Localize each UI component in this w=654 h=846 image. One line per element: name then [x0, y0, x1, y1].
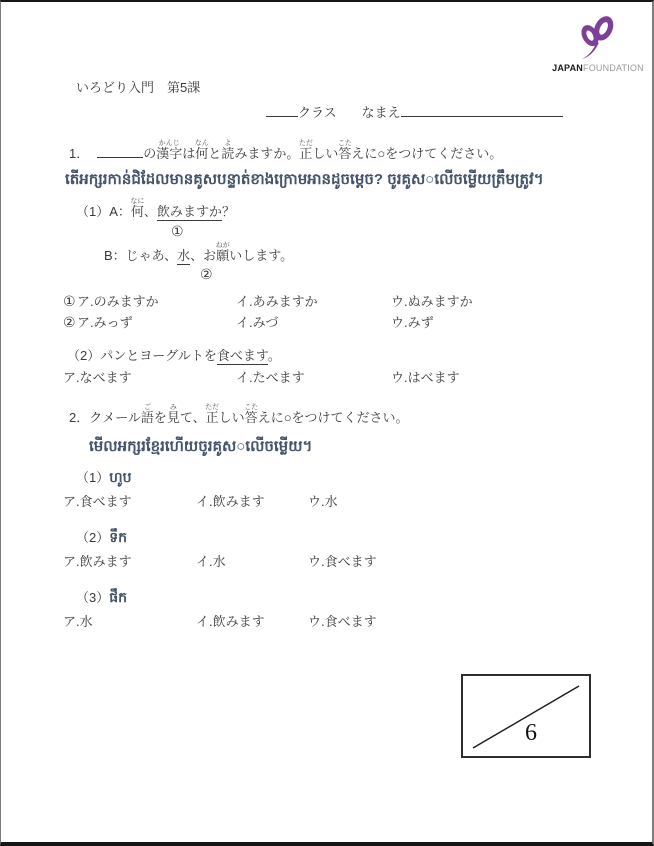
- option-i: イ.みづ: [236, 315, 391, 331]
- option-u: ウ.はべます: [391, 370, 460, 386]
- q1-item2-sentence: （2）パンとヨーグルトを食べます。: [67, 348, 281, 364]
- q2-item-1-label: （1）ហូប: [76, 469, 131, 487]
- q1-item1-options-row1: ①ア.のみますかイ.あみますかウ.ぬみますか: [63, 293, 473, 311]
- jf-brand-text: JAPANFOUNDATION: [544, 63, 652, 73]
- q1-khmer-instruction: តើអក្សរកាន់ជិដែលមានគូសបន្ទាត់ខាងក្រោមអាន…: [65, 171, 544, 190]
- option-i: イ.あみますか: [236, 294, 391, 310]
- q2-item-2-label: （2）ទឹក: [76, 529, 127, 547]
- jf-flower-icon: [573, 14, 623, 62]
- jf-logo: JAPANFOUNDATION: [544, 14, 652, 73]
- class-name-line: クラスなまえ: [266, 105, 563, 121]
- khmer-word: ហូប: [109, 469, 131, 485]
- worksheet-page: JAPANFOUNDATION いろどり入門 第5課 クラスなまえ 1．の漢字か…: [0, 0, 654, 846]
- option-i: イ.たべます: [236, 370, 391, 386]
- option-u: ウ.みず: [391, 315, 434, 331]
- score-box: 6: [461, 674, 591, 758]
- option-a: ア.みっず: [77, 315, 236, 331]
- q1-item1-marker-1: ①: [171, 223, 185, 241]
- q2-item-3-label: （3）ផឹក: [76, 589, 127, 607]
- option-i: イ.飲みます: [196, 614, 308, 630]
- option-a: ア.なべます: [63, 370, 236, 386]
- score-total: 6: [525, 720, 537, 747]
- option-a: ア.食べます: [63, 494, 196, 510]
- option-a: ア.のみますか: [77, 294, 236, 310]
- q2-item-3-options: ア.水イ.飲みますウ.食べます: [63, 614, 377, 630]
- option-i: イ.水: [196, 554, 308, 570]
- q2-khmer-instruction: មើលអក្សរខ្មែរហើយចូរគូស○លើចម្លើយ។: [89, 438, 312, 457]
- option-a: ア.水: [63, 614, 196, 630]
- q1-item1-options-row2: ②ア.みっずイ.みづウ.みず: [63, 314, 434, 332]
- q2-item-1-options: ア.食べますイ.飲みますウ.水: [63, 494, 338, 510]
- khmer-word: ផឹក: [109, 589, 127, 605]
- q2-heading: 2．クメール語ごを見みて、正ただしい答こたえに○をつけてください。: [69, 404, 409, 426]
- q2-item-2-options: ア.飲みますイ.水ウ.食べます: [63, 554, 377, 570]
- option-u: ウ.ぬみますか: [391, 294, 473, 310]
- option-i: イ.飲みます: [196, 494, 308, 510]
- option-a: ア.飲みます: [63, 554, 196, 570]
- worksheet-title: いろどり入門 第5課: [76, 80, 200, 96]
- khmer-word: ទឹក: [109, 529, 127, 545]
- row1-marker: ①: [63, 293, 77, 311]
- jf-brand-bold: JAPAN: [552, 63, 583, 73]
- item-number: （3）: [76, 590, 109, 605]
- option-u: ウ.食べます: [308, 614, 377, 630]
- jf-brand-light: FOUNDATION: [583, 63, 644, 73]
- q1-heading: 1．の漢字かんじは何なんと読よみますか。正ただしい答こたえに○をつけてください。: [69, 140, 502, 162]
- option-u: ウ.食べます: [308, 554, 377, 570]
- q1-item1-dialog-b: B：じゃあ、水、お願ねがいします。: [104, 242, 293, 264]
- q1-item1-dialog-a: （1）A：何なに、飲みますか？: [76, 198, 235, 220]
- item-number: （2）: [76, 530, 109, 545]
- q1-item1-marker-2: ②: [200, 266, 214, 284]
- q1-item2-options: ア.なべますイ.たべますウ.はべます: [63, 370, 460, 386]
- item-number: （1）: [76, 470, 109, 485]
- option-u: ウ.水: [308, 494, 338, 510]
- row2-marker: ②: [63, 314, 77, 332]
